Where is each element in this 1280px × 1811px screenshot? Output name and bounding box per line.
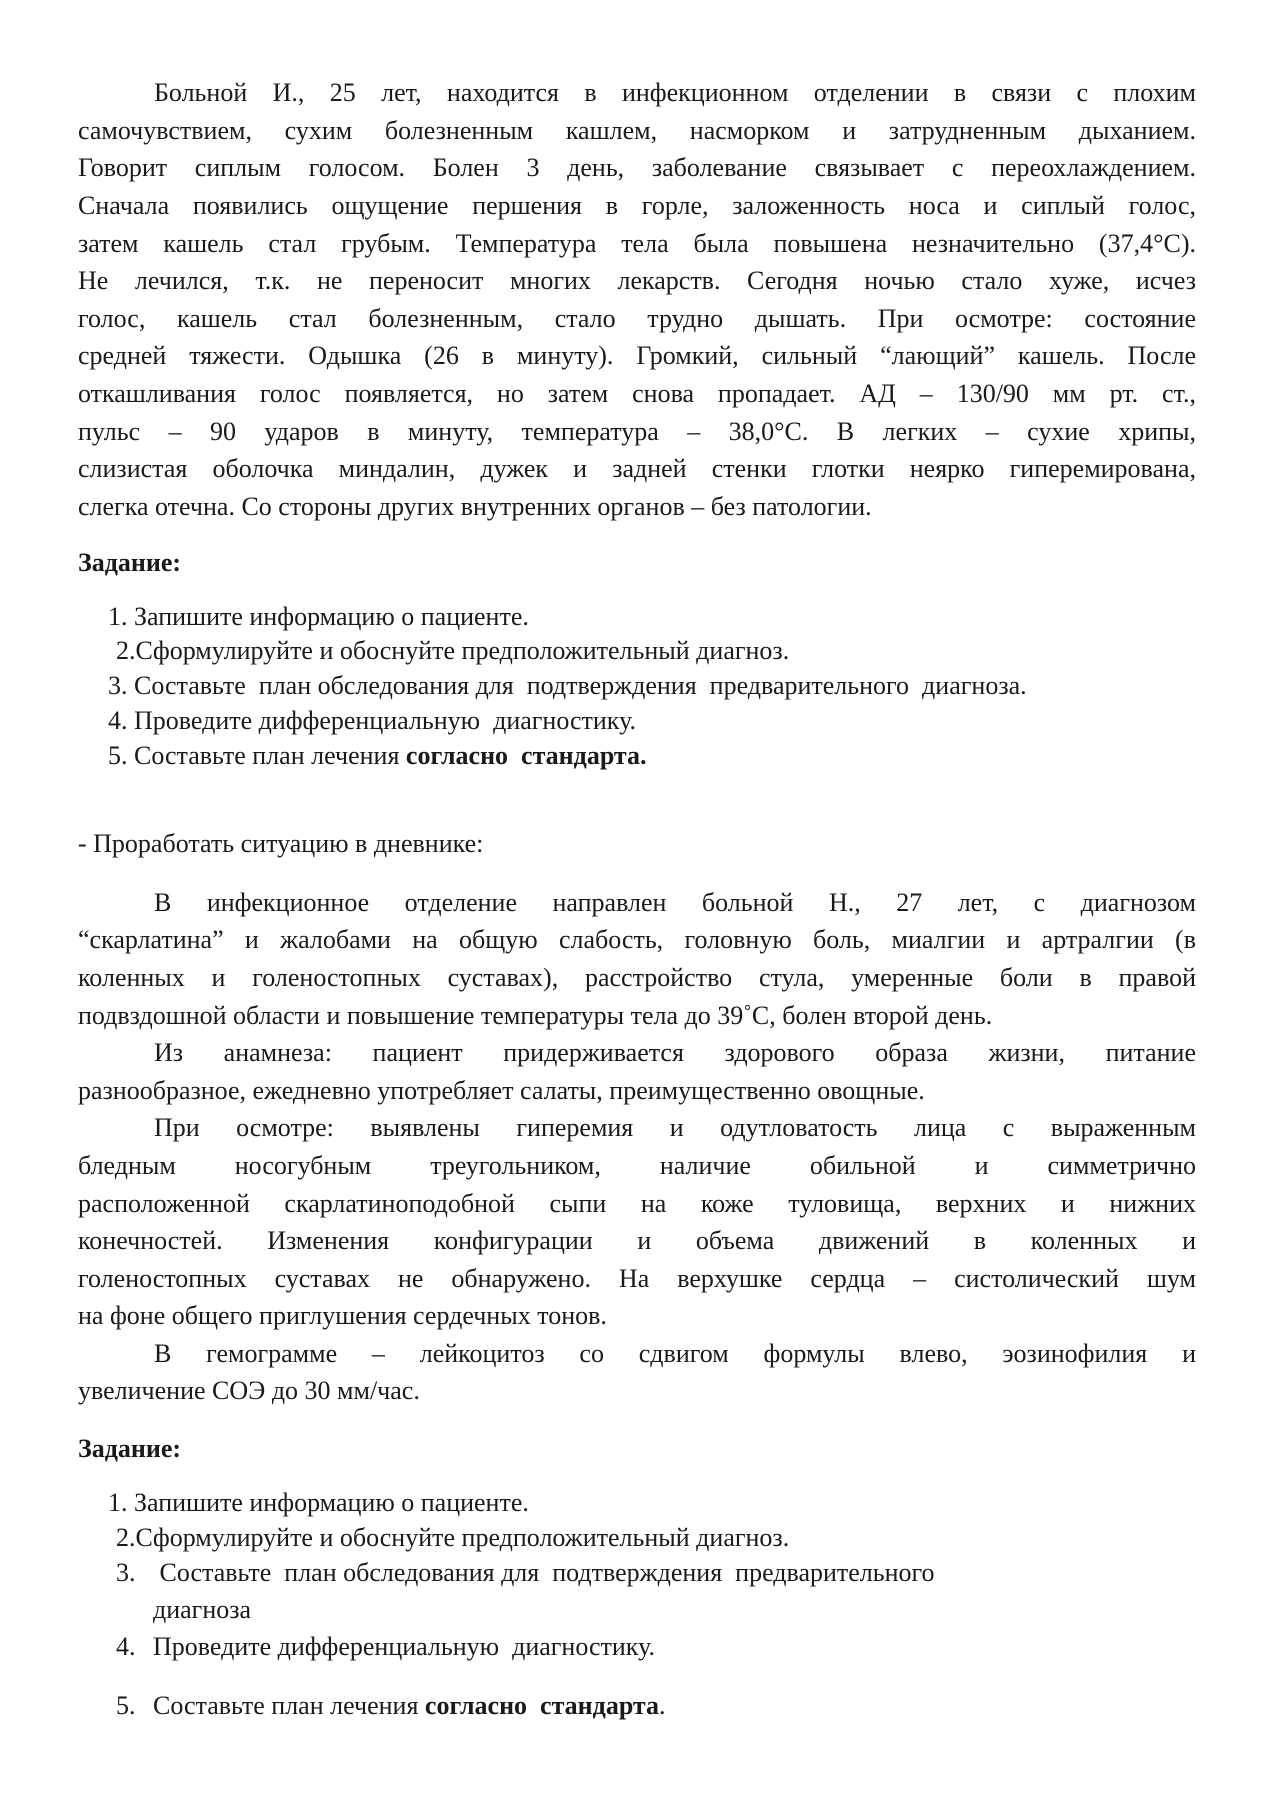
case2-line: коленных и голеностопных суставах), расс… [78,963,1196,993]
case1-line: откашливания голос появляется, но затем … [78,379,1196,409]
task-text: Составьте план обследования для подтверж… [153,1558,935,1587]
case1-line: самочувствием, сухим болезненным кашлем,… [78,116,1196,146]
diary-instruction: - Проработать ситуацию в дневнике: [78,829,1196,859]
case1-line: средней тяжести. Одышка (26 в минуту). Г… [78,341,1196,371]
case1-line: затем кашель стал грубым. Температура те… [78,229,1196,259]
task-item: 5.Составьте план лечения согласно станда… [116,1691,1234,1721]
case1-line: Сначала появились ощущение першения в го… [78,191,1196,221]
task-number: 3. [116,1558,153,1588]
task-item: 4.Проведите дифференциальную диагностику… [116,1632,1234,1662]
task-item: 1. Запишите информацию о пациенте. [108,602,1226,632]
task-text-bold: согласно стандарта [425,1691,659,1720]
task-text: Составьте план обследования для подтверж… [134,671,1027,700]
task-number: 4. [116,1632,153,1662]
task-item: 3. Составьте план обследования для подтв… [116,1558,1234,1588]
case2-line: расположенной скарлатиноподобной сыпи на… [78,1189,1196,1219]
case1-line: голос, кашель стал болезненным, стало тр… [78,304,1196,334]
case1-line: Больной И., 25 лет, находится в инфекцио… [78,78,1196,108]
case2-line: При осмотре: выявлены гиперемия и одутло… [78,1113,1196,1143]
task-text: Сформулируйте и обоснуйте предположитель… [136,1523,790,1552]
case2-line: на фоне общего приглушения сердечных тон… [78,1301,1196,1331]
case2-line: увеличение СОЭ до 30 мм/час. [78,1376,1196,1406]
case2-line: “скарлатина” и жалобами на общую слабост… [78,925,1196,955]
task-item: 1. Запишите информацию о пациенте. [108,1488,1226,1518]
case2-line: бледным носогубным треугольником, наличи… [78,1151,1196,1181]
task-item: 3. Составьте план обследования для подтв… [108,671,1226,701]
case1-line: пульс – 90 ударов в минуту, температура … [78,417,1196,447]
case1-line: Не лечился, т.к. не переносит многих лек… [78,266,1196,296]
case1-task-heading: Задание: [78,548,1196,578]
task-number: 5. [108,741,128,770]
case1-line: слизистая оболочка миндалин, дужек и зад… [78,454,1196,484]
task-text: Составьте план лечения [153,1691,425,1720]
task-item-continuation: диагноза [153,1595,1271,1625]
task-number: 1. [108,1488,128,1517]
task-item: 4. Проведите дифференциальную диагностик… [108,706,1226,736]
task-number: 2. [116,636,136,665]
task-text: Проведите дифференциальную диагностику. [153,1632,655,1661]
task-text-tail: . [659,1691,666,1720]
case2-line: В гемограмме – лейкоцитоз со сдвигом фор… [78,1339,1196,1369]
case2-line: В инфекционное отделение направлен больн… [78,888,1196,918]
case2-line: голеностопных суставах не обнаружено. На… [78,1264,1196,1294]
task-text: Сформулируйте и обоснуйте предположитель… [136,636,790,665]
task-text: Проведите дифференциальную диагностику. [134,706,636,735]
task-number: 2. [116,1523,136,1552]
task-text: Запишите информацию о пациенте. [134,1488,529,1517]
task-number: 3. [108,671,128,700]
task-number: 1. [108,602,128,631]
case2-line: Из анамнеза: пациент придерживается здор… [78,1038,1196,1068]
task-item: 5. Составьте план лечения согласно станд… [108,741,1226,771]
case2-line: конечностей. Изменения конфигурации и об… [78,1226,1196,1256]
task-text: Запишите информацию о пациенте. [134,602,529,631]
case2-task-heading: Задание: [78,1434,1196,1464]
case2-line: разнообразное, ежедневно употребляет сал… [78,1076,1196,1106]
task-number: 4. [108,706,128,735]
task-item: 2.Сформулируйте и обоснуйте предположите… [116,1523,1234,1553]
task-number: 5. [116,1691,153,1721]
task-text: Составьте план лечения [134,741,406,770]
case1-line: Говорит сиплым голосом. Болен 3 день, за… [78,153,1196,183]
document-page: Больной И., 25 лет, находится в инфекцио… [0,0,1280,1811]
task-text-bold: согласно стандарта. [406,741,647,770]
case1-line: слегка отечна. Со стороны других внутрен… [78,492,1196,522]
task-item: 2.Сформулируйте и обоснуйте предположите… [116,636,1234,666]
case2-line: подвздошной области и повышение температ… [78,1001,1196,1031]
